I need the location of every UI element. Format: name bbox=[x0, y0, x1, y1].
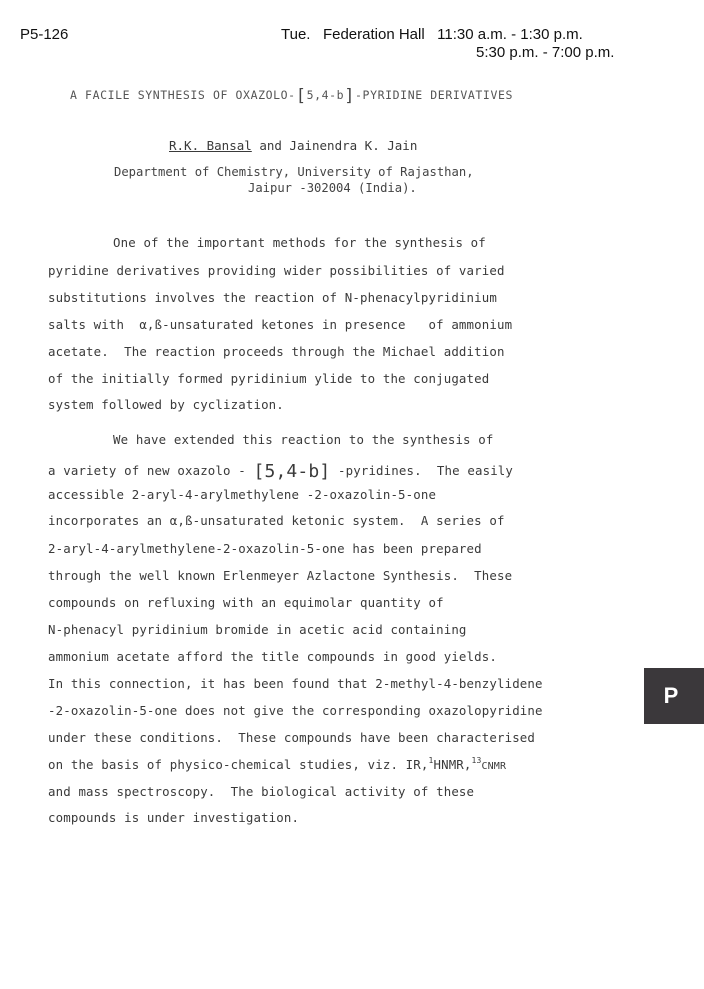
text-line: and mass spectroscopy. The biological ac… bbox=[48, 784, 474, 799]
superscript: 13 bbox=[472, 756, 482, 765]
text-line: N-phenacyl pyridinium bromide in acetic … bbox=[48, 622, 467, 637]
title-bracket-content: 5,4-b bbox=[307, 88, 345, 102]
title-post: -PYRIDINE DERIVATIVES bbox=[355, 88, 513, 102]
text-line: -2-oxazolin-5-one does not give the corr… bbox=[48, 703, 543, 718]
authors: R.K. Bansal and Jainendra K. Jain bbox=[169, 138, 417, 153]
ring-fusion-bracket: [5,4-b] bbox=[253, 461, 330, 482]
text-line: incorporates an α,ß-unsaturated ketonic … bbox=[48, 513, 505, 528]
text-line: ammonium acetate afford the title compou… bbox=[48, 649, 497, 664]
text-line: pyridine derivatives providing wider pos… bbox=[48, 263, 505, 278]
text-line: of the initially formed pyridinium ylide… bbox=[48, 371, 489, 386]
text-line: compounds on refluxing with an equimolar… bbox=[48, 595, 444, 610]
text-line: on the basis of physico-chemical studies… bbox=[48, 756, 506, 772]
text-line: acetate. The reaction proceeds through t… bbox=[48, 344, 505, 359]
text-line: a variety of new oxazolo - [5,4-b] -pyri… bbox=[48, 459, 513, 480]
text-line: salts with α,ß-unsaturated ketones in pr… bbox=[48, 317, 512, 332]
poster-id: P5-126 bbox=[20, 26, 68, 43]
text-segment: CNMR bbox=[481, 761, 506, 772]
text-line: In this connection, it has been found th… bbox=[48, 676, 543, 691]
text-line: We have extended this reaction to the sy… bbox=[113, 432, 494, 447]
text-line: compounds is under investigation. bbox=[48, 810, 299, 825]
text-line: 2-aryl-4-arylmethylene-2-oxazolin-5-one … bbox=[48, 541, 482, 556]
text-line: under these conditions. These compounds … bbox=[48, 730, 535, 745]
text-line: system followed by cyclization. bbox=[48, 397, 284, 412]
session-time-line1: Tue. Federation Hall 11:30 a.m. - 1:30 p… bbox=[281, 26, 583, 43]
text-segment: -pyridines. The easily bbox=[330, 463, 513, 478]
presenting-author: R.K. Bansal bbox=[169, 138, 252, 153]
title-bracket-close: ] bbox=[344, 86, 355, 106]
section-tab-p: P bbox=[644, 668, 704, 724]
text-line: accessible 2-aryl-4-arylmethylene -2-oxa… bbox=[48, 487, 436, 502]
paper-title: A FACILE SYNTHESIS OF OXAZOLO-[5,4-b]-PY… bbox=[70, 84, 513, 104]
affiliation-line1: Department of Chemistry, University of R… bbox=[114, 165, 474, 179]
text-line: One of the important methods for the syn… bbox=[113, 235, 486, 250]
co-author: and Jainendra K. Jain bbox=[252, 138, 418, 153]
text-segment: HNMR, bbox=[433, 757, 471, 772]
text-line: substitutions involves the reaction of N… bbox=[48, 290, 497, 305]
title-bracket-open: [ bbox=[296, 86, 307, 106]
title-pre: A FACILE SYNTHESIS OF OXAZOLO- bbox=[70, 88, 296, 102]
text-segment: a variety of new oxazolo - bbox=[48, 463, 253, 478]
text-segment: on the basis of physico-chemical studies… bbox=[48, 757, 429, 772]
affiliation-line2: Jaipur -302004 (India). bbox=[248, 181, 417, 195]
text-line: through the well known Erlenmeyer Azlact… bbox=[48, 568, 512, 583]
session-time-line2: 5:30 p.m. - 7:00 p.m. bbox=[476, 44, 614, 61]
